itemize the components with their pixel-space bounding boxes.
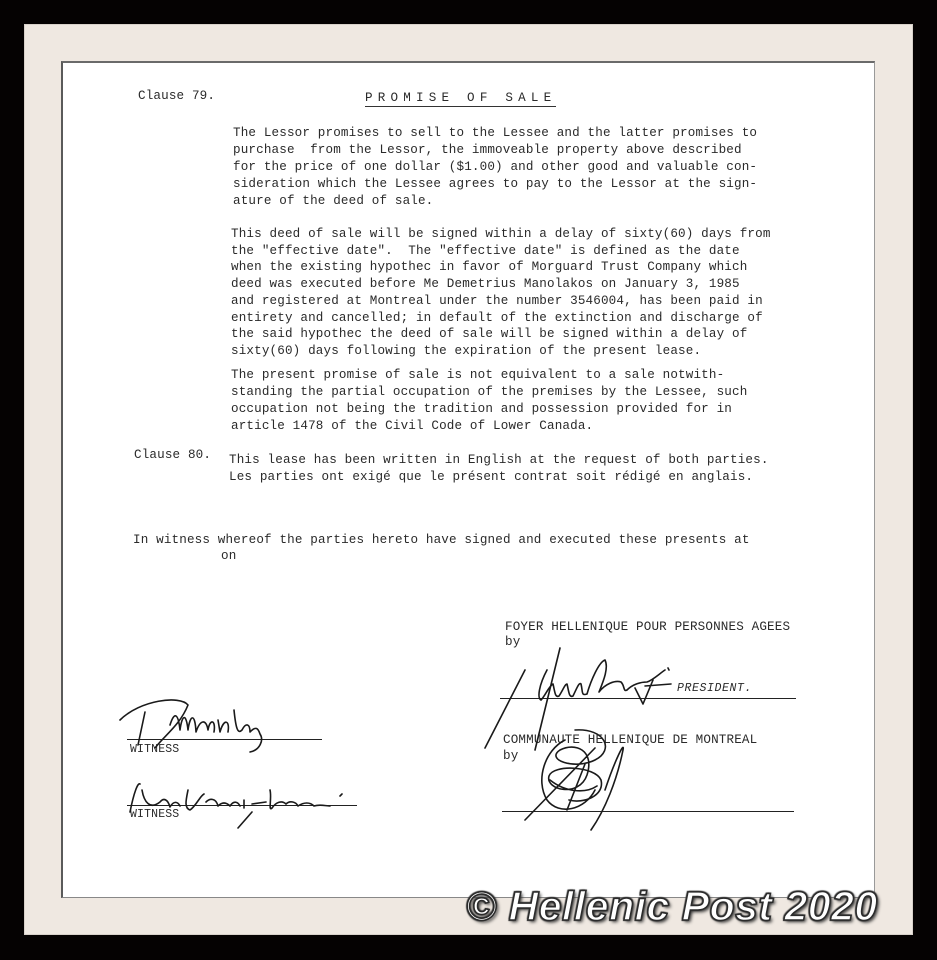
clause-80-line-1: This lease has been written in English a… (229, 452, 769, 469)
witness-1-signature (110, 690, 370, 760)
paragraph-line: when the existing hypothec in favor of M… (231, 259, 747, 276)
paragraph-line: the said hypothec the deed of sale will … (231, 326, 747, 343)
paragraph-line: and registered at Montreal under the num… (231, 293, 763, 310)
signatory-1-organization: FOYER HELLENIQUE POUR PERSONNES AGEES (505, 619, 790, 636)
signatory-2-signature (505, 720, 655, 840)
paragraph-line: This deed of sale will be signed within … (231, 226, 771, 243)
witness-clause-line-2: on (221, 548, 236, 565)
paragraph-line: purchase from the Lessor, the immoveable… (233, 142, 742, 159)
paragraph-line: occupation not being the tradition and p… (231, 401, 732, 418)
paragraph-line: sideration which the Lessee agrees to pa… (233, 176, 757, 193)
paragraph-line: the "effective date". The "effective dat… (231, 243, 740, 260)
paragraph-line: entirety and cancelled; in default of th… (231, 310, 763, 327)
witness-clause-line-1: In witness whereof the parties hereto ha… (133, 532, 750, 549)
clause-79-label: Clause 79. (138, 88, 215, 105)
paragraph-line: article 1478 of the Civil Code of Lower … (231, 418, 593, 435)
paragraph-line: standing the partial occupation of the p… (231, 384, 747, 401)
promise-of-sale-heading: PROMISE OF SALE (365, 91, 556, 107)
paragraph-line: The present promise of sale is not equiv… (231, 367, 724, 384)
clause-80-label: Clause 80. (134, 447, 211, 464)
paragraph-line: The Lessor promises to sell to the Lesse… (233, 125, 757, 142)
witness-2-signature (120, 772, 370, 832)
paragraph-line: sixty(60) days following the expiration … (231, 343, 701, 360)
clause-80-line-2: Les parties ont exigé que le présent con… (229, 469, 753, 486)
paragraph-line: deed was executed before Me Demetrius Ma… (231, 276, 740, 293)
paragraph-line: for the price of one dollar ($1.00) and … (233, 159, 757, 176)
paragraph-line: ature of the deed of sale. (233, 193, 433, 210)
copyright-watermark: © Hellenic Post 2020 (466, 883, 878, 930)
